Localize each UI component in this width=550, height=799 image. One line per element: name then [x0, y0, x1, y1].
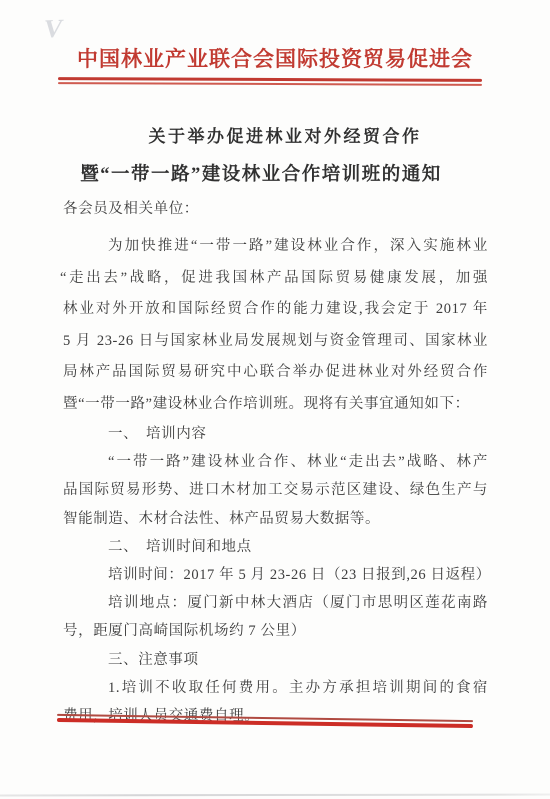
body-line: “走出去”战略，促进我国林产品国际贸易健康发展，加强 — [60, 263, 488, 295]
scan-artifact-mark: V — [42, 14, 67, 45]
body-line: 局林产品国际贸易研究中心联合举办促进林业对外经贸合作 — [63, 357, 488, 389]
body-line: 林业对外开放和国际经贸合作的能力建设,我会定于 2017 年 — [63, 294, 488, 326]
document-body: 各会员及相关单位： 为加快推进“一带一路”建设林业合作，深入实施林业 “走出去”… — [63, 196, 488, 730]
letterhead-org-name: 中国林业产业联合会国际投资贸易促进会 — [0, 43, 550, 73]
section-heading: 二、 培训时间和地点 — [63, 533, 488, 561]
document-page: V 中国林业产业联合会国际投资贸易促进会 关于举办促进林业对外经贸合作 暨“一带… — [0, 0, 550, 799]
letterhead-divider-thin-line — [58, 82, 482, 86]
body-line: “一带一路”建设林业合作、林业“走出去”战略、林产 — [63, 448, 488, 476]
page-bottom-edge — [0, 794, 550, 797]
document-title: 关于举办促进林业对外经贸合作 暨“一带一路”建设林业合作培训班的通知 — [0, 122, 550, 186]
body-line: 1.培训不收取任何费用。主办方承担培训期间的食宿 — [63, 674, 488, 702]
section-heading: 三、注意事项 — [63, 646, 488, 674]
opening-paragraph: 为加快推进“一带一路”建设林业合作，深入实施林业 “走出去”战略，促进我国林产品… — [63, 231, 488, 420]
salutation: 各会员及相关单位： — [63, 196, 488, 222]
section-training-content: 一、 培训内容 “一带一路”建设林业合作、林业“走出去”战略、林产 品国际贸易形… — [63, 420, 488, 533]
document-title-line-2: 暨“一带一路”建设林业合作培训班的通知 — [0, 160, 536, 186]
document-title-line-1: 关于举办促进林业对外经贸合作 — [10, 122, 550, 147]
body-line: 培训时间：2017 年 5 月 23-26 日（23 日报到,26 日返程） — [63, 561, 488, 589]
letterhead-divider — [58, 77, 482, 86]
body-line: 为加快推进“一带一路”建设林业合作，深入实施林业 — [63, 231, 488, 263]
section-heading: 一、 培训内容 — [63, 420, 488, 448]
body-line: 暨“一带一路”建设林业合作培训班。现将有关事宜通知如下： — [63, 389, 488, 421]
body-line: 5 月 23-26 日与国家林业局发展规划与资金管理司、国家林业 — [63, 326, 488, 358]
body-line: 培训地点：厦门新中林大酒店（厦门市思明区莲花南路 18 — [63, 589, 488, 617]
body-line: 号，距厦门高崎国际机场约 7 公里） — [63, 617, 488, 645]
letterhead-divider-thick-line — [58, 77, 482, 82]
body-line: 品国际贸易形势、进口木材加工交易示范区建设、绿色生产与 — [63, 476, 488, 504]
body-line: 智能制造、木材合法性、林产品贸易大数据等。 — [63, 505, 488, 533]
section-time-and-place: 二、 培训时间和地点 培训时间：2017 年 5 月 23-26 日（23 日报… — [63, 533, 488, 646]
